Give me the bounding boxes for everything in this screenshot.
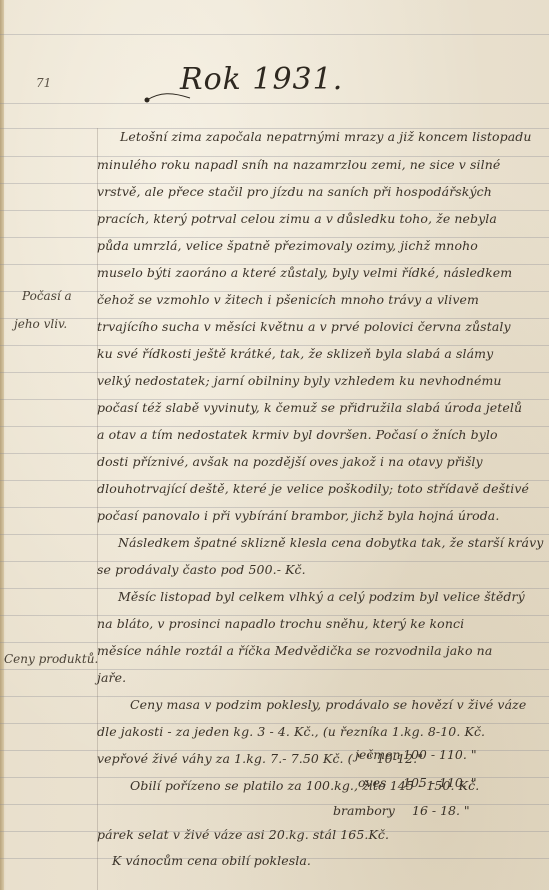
page-title: Rok 1931. [180,62,343,97]
handwritten-closing-line: párek selat v živé váze asi 20.kg. stál … [97,829,389,842]
handwritten-line: trvajícího sucha v měsíci květnu a v prv… [97,321,511,334]
handwritten-line: měsíce náhle roztál a říčka Medvědička s… [97,645,492,658]
margin-note: Ceny produktů. [4,653,98,665]
handwritten-line: počasí panovalo i při vybírání brambor, … [97,510,499,523]
manuscript-page: 71 Rok 1931. Počasí ajeho vliv.Ceny prod… [0,0,549,890]
handwritten-line: vrstvě, ale přece stačil pro jízdu na sa… [97,186,492,199]
handwritten-closing-line: K vánocům cena obilí poklesla. [112,855,311,868]
grain-item-price: 16 - 18. " [412,803,470,818]
page-number: 71 [36,76,51,90]
page-binding-edge [0,0,4,890]
grain-item-price: 105 - 110. " [403,775,477,790]
handwritten-line: Letošní zima započala nepatrnými mrazy a… [120,131,532,144]
handwritten-line: počasí též slabě vyvinuty, k čemuž se př… [97,402,522,415]
handwritten-line: Následkem špatné sklizně klesla cena dob… [118,537,543,550]
handwritten-line: velký nedostatek; jarní obilniny byly vz… [97,375,502,388]
handwritten-line: muselo býti zaoráno a které zůstaly, byl… [97,267,512,280]
handwritten-line: dosti příznivé, avšak na pozdější oves j… [97,456,483,469]
handwritten-line: jaře. [97,672,126,685]
ruled-line [0,34,549,35]
ruled-line [0,669,549,670]
handwritten-line: dlouhotrvající deště, které je velice po… [97,483,529,496]
handwritten-line: pracích, který potrval celou zimu a v dů… [97,213,497,226]
handwritten-line: půda umrzlá, velice špatně přezimovaly o… [97,240,478,253]
margin-note: jeho vliv. [14,318,67,330]
handwritten-line: na bláto, v prosinci napadlo trochu sněh… [97,618,464,631]
handwritten-line: Měsíc listopad byl celkem vlhký a celý p… [118,591,525,604]
ruled-line [0,103,549,104]
grain-item-label: oves [358,775,386,790]
handwritten-line: ku své řídkosti ještě krátké, tak, že sk… [97,348,493,361]
handwritten-line: se prodávaly často pod 500.- Kč. [97,564,306,577]
handwritten-line: čehož se vzmohlo v žitech i pšenicích mn… [97,294,479,307]
grain-item-price: 100 - 110. " [403,747,477,762]
handwritten-line: dle jakosti - za jeden kg. 3 - 4. Kč., (… [97,726,485,739]
margin-note: Počasí a [22,290,72,302]
grain-item-label: ječmen [355,747,401,762]
handwritten-line: a otav a tím nedostatek krmiv byl dovrše… [97,429,498,442]
grain-item-label: brambory [333,803,395,818]
handwritten-line: minulého roku napadl sníh na nazamrzlou … [97,159,500,172]
handwritten-line: Ceny masa v podzim poklesly, prodávalo s… [130,699,526,712]
